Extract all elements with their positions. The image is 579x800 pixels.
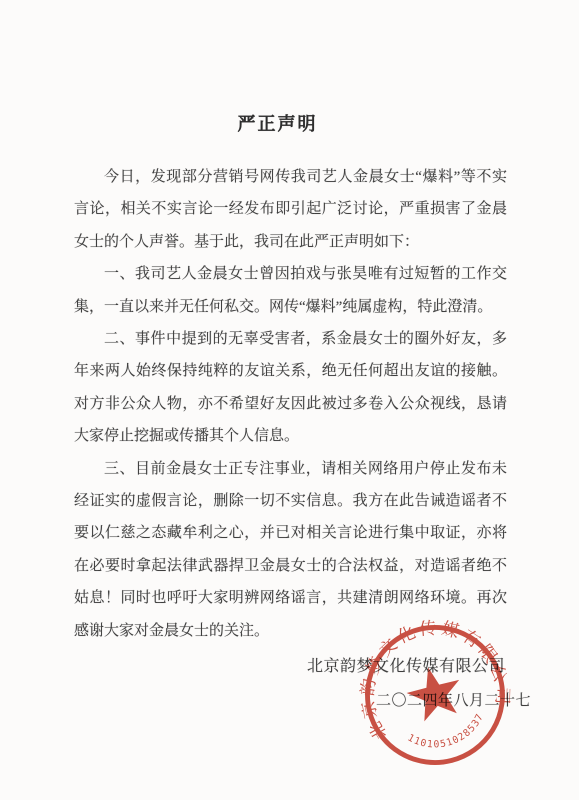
seal-number-text: 1101051028537 xyxy=(403,710,492,759)
paragraph-item-1: 一、我司艺人金晨女士曾因拍戏与张昊唯有过短暂的工作交集，一直以来并无任何私交。网… xyxy=(74,258,507,323)
paragraph-intro: 今日，发现部分营销号网传我司艺人金晨女士“爆料”等不实言论，相关不实言论一经发布… xyxy=(74,161,507,258)
signature-company: 北京韵梦文化传媒有限公司 xyxy=(307,653,505,676)
document-title: 严正声明 xyxy=(0,110,555,136)
paragraph-item-2: 二、事件中提到的无辜受害者，系金晨女士的圈外好友，多年来两人始终保持纯粹的友谊关… xyxy=(74,323,507,453)
signature-date: 二〇二四年八月二十七 xyxy=(376,689,531,710)
statement-document: 严正声明 今日，发现部分营销号网传我司艺人金晨女士“爆料”等不实言论，相关不实言… xyxy=(0,0,579,800)
document-body: 今日，发现部分营销号网传我司艺人金晨女士“爆料”等不实言论，相关不实言论一经发布… xyxy=(74,161,507,647)
paragraph-item-3: 三、目前金晨女士正专注事业，请相关网络用户停止发布未经证实的虚假言论，删除一切不… xyxy=(74,453,507,647)
